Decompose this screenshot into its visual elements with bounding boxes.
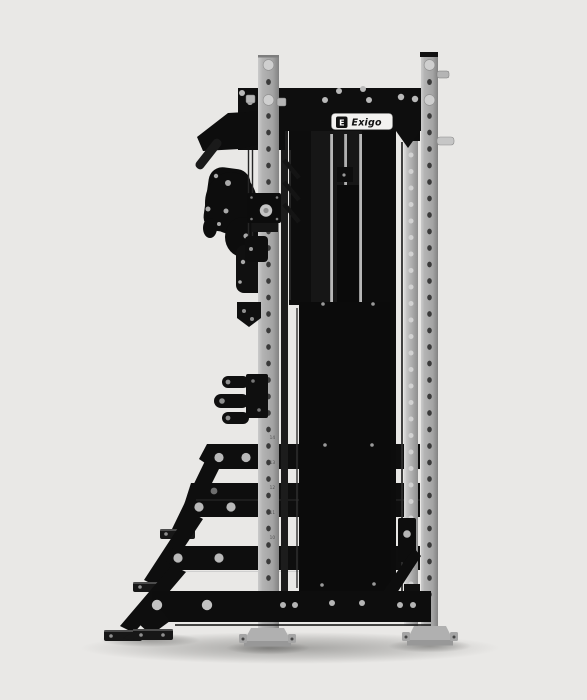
exigo-logo-glyph: E bbox=[339, 118, 344, 127]
gym-rack-product-image: E Exigo bbox=[0, 0, 587, 700]
band-peg-pin bbox=[437, 137, 454, 145]
big-bolt bbox=[263, 95, 274, 106]
big-bolt bbox=[424, 60, 435, 71]
hole-number: 14 bbox=[270, 435, 276, 440]
hole-number: 10 bbox=[270, 535, 276, 540]
peg-end bbox=[214, 553, 223, 562]
upright-tab bbox=[437, 71, 449, 78]
weight-stack-slab bbox=[337, 185, 359, 303]
peg-end bbox=[194, 502, 203, 511]
big-bolt bbox=[263, 60, 274, 71]
big-bolt bbox=[424, 95, 435, 106]
peg-end bbox=[226, 502, 235, 511]
brand-label: E Exigo bbox=[332, 114, 393, 130]
peg-end bbox=[173, 553, 182, 562]
tower-left-column bbox=[289, 131, 311, 305]
peg-end bbox=[214, 453, 223, 462]
brand-name-text: Exigo bbox=[352, 118, 382, 129]
peg-end bbox=[241, 453, 250, 462]
upright-black-cap bbox=[420, 52, 438, 57]
hole-number: 13 bbox=[270, 460, 276, 465]
product-photo-stage: E Exigo bbox=[0, 0, 587, 700]
hole-number: 11 bbox=[270, 510, 276, 515]
upright-tab bbox=[246, 95, 255, 103]
hole-number: 12 bbox=[270, 485, 276, 490]
tower-side-bar bbox=[281, 131, 288, 592]
tower-shroud bbox=[299, 302, 391, 592]
upright-tab bbox=[277, 98, 286, 106]
lower-pulley-block bbox=[245, 236, 268, 262]
